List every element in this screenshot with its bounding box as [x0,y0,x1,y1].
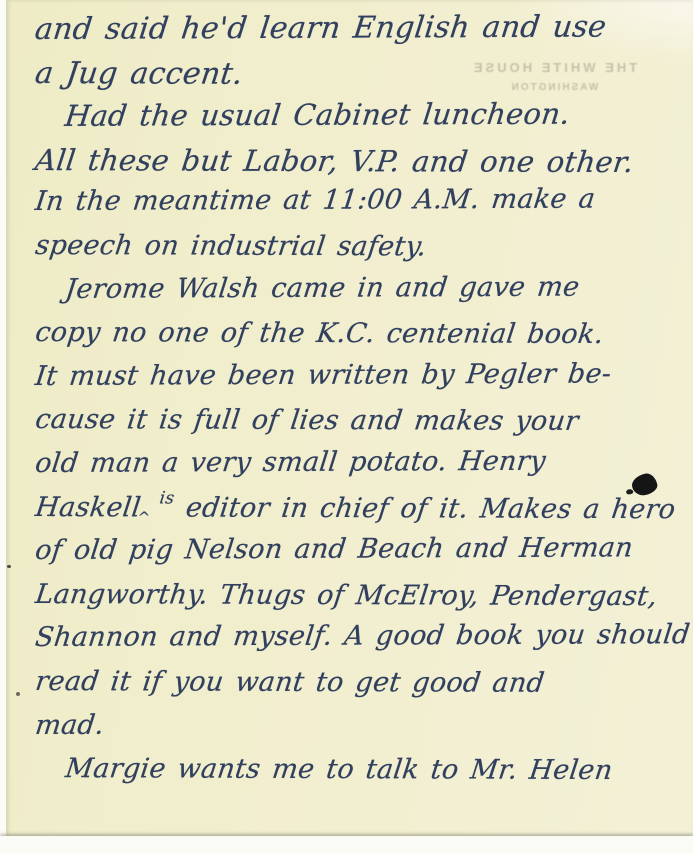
ink-speck [16,692,20,696]
handwriting-line: Langworthy. Thugs of McElroy, Pendergast… [32,579,687,625]
handwriting-line: Shannon and myself. A good book you shou… [32,619,688,665]
handwriting-line: old man a very small potato. Henry [32,445,688,491]
handwriting-line: Haskell ^is editor in chief of it. Makes… [32,492,687,538]
handwriting-line: of old pig Nelson and Beach and Herman [32,532,688,578]
handwriting-line: Margie wants me to talk to Mr. Helen [32,753,687,799]
handwriting-line: read it if you want to get good and [32,666,687,712]
handwriting-line: and said he'd learn English and use [32,9,688,55]
letter-scan: THE WHITE HOUSE WASHINGTON and said he'd… [0,0,693,853]
handwriting-line: Had the usual Cabinet luncheon. [32,96,688,142]
handwriting-line: a Jug accent. [32,56,687,102]
handwriting-line: copy no one of the K.C. centenial book. [32,317,687,363]
scan-edge-left [0,0,6,853]
handwriting-line: In the meantime at 11:00 A.M. make a [32,184,688,230]
insertion-caret: ^ [136,508,151,526]
handwriting-line: cause it is full of lies and makes your [32,404,687,450]
ink-speck [7,565,11,568]
inserted-word: is [158,488,175,508]
handwriting-line: speech on industrial safety. [32,230,687,276]
handwriting-line: It must have been written by Pegler be- [32,358,688,404]
letter-page: THE WHITE HOUSE WASHINGTON and said he'd… [6,0,693,836]
scan-edge-bottom [0,836,693,853]
handwriting-line: mad. [32,707,688,753]
handwriting-line: All these but Labor, V.P. and one other. [32,143,687,189]
handwriting: and said he'd learn English and usea Jug… [32,12,682,797]
handwriting-line: Jerome Walsh came in and gave me [32,271,688,317]
